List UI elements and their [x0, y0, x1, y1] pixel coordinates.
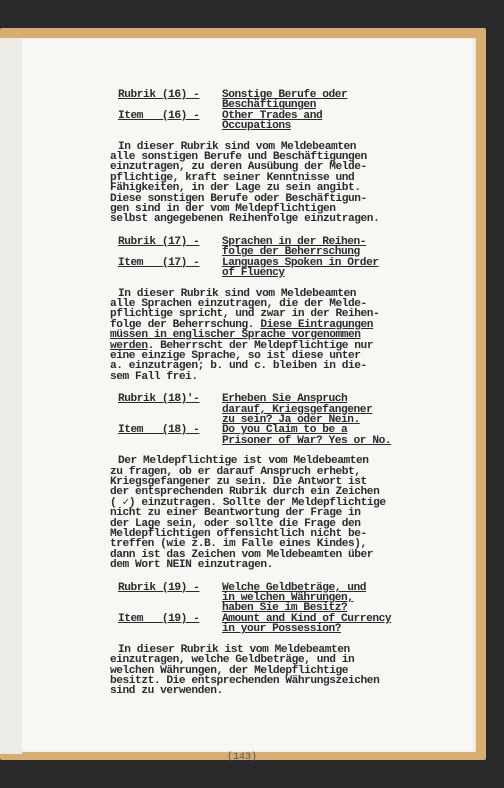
section-heading: Rubrik (19) -Welche Geldbeträge, undin w… — [118, 583, 400, 635]
rubrik-heading: Rubrik (16) -Sonstige Berufe oderBeschäf… — [118, 90, 400, 111]
rubrik-heading: Rubrik (19) -Welche Geldbeträge, undin w… — [118, 583, 400, 614]
section-rubrik-19: Rubrik (19) -Welche Geldbeträge, undin w… — [110, 583, 400, 697]
paragraph-line: dem Wort NEIN einzutragen. — [110, 560, 400, 570]
item-heading-text-line: of Fluency — [222, 268, 400, 278]
section-heading: Rubrik (18)'-Erheben Sie Anspruchdarauf,… — [118, 394, 400, 446]
document-body: Rubrik (16) -Sonstige Berufe oderBeschäf… — [110, 90, 400, 709]
paragraph-line: sind zu verwenden. — [110, 686, 400, 696]
rubrik-heading-label: Rubrik (17) - — [118, 236, 199, 248]
instruction-paragraph: In dieser Rubrik sind vom Meldebeamtenal… — [110, 289, 400, 383]
paragraph-line: selbst angegebenen Reihenfolge einzutrag… — [110, 214, 400, 224]
item-heading-label: Item (16) - — [118, 110, 199, 122]
rubrik-heading: Rubrik (17) -Sprachen in der Reihen-folg… — [118, 237, 400, 258]
paragraph-line: sem Fall frei. — [110, 372, 400, 382]
rubrik-heading-text-line: Erheben Sie Anspruch — [222, 394, 400, 404]
document-page: Rubrik (16) -Sonstige Berufe oderBeschäf… — [22, 38, 476, 752]
section-rubrik-18: Rubrik (18)'-Erheben Sie Anspruchdarauf,… — [110, 394, 400, 571]
item-heading-text-line: in your Possession? — [222, 624, 400, 634]
paragraph-line: einzutragen, welche Geldbeträge, und in — [110, 655, 400, 665]
item-heading-text-line: Prisoner of War? Yes or No. — [222, 436, 400, 446]
section-rubrik-16: Rubrik (16) -Sonstige Berufe oderBeschäf… — [110, 90, 400, 225]
paragraph-line: müssen in englischer Sprache vorgenommen — [110, 330, 400, 340]
page-number: (143) — [227, 752, 257, 763]
section-heading: Rubrik (16) -Sonstige Berufe oderBeschäf… — [118, 90, 400, 132]
instruction-paragraph: In dieser Rubrik ist vom Meldebeamtenein… — [110, 645, 400, 697]
section-rubrik-17: Rubrik (17) -Sprachen in der Reihen-folg… — [110, 237, 400, 382]
item-heading: Item (18) -Do you Claim to be aPrisoner … — [118, 425, 400, 446]
item-heading: Item (17) -Languages Spoken in Orderof F… — [118, 258, 400, 279]
item-heading-label: Item (17) - — [118, 257, 199, 269]
rubrik-heading-label: Rubrik (19) - — [118, 582, 199, 594]
facing-page-edge — [0, 38, 23, 754]
instruction-paragraph: Der Meldepflichtige ist vom Meldebeamten… — [110, 456, 400, 570]
rubrik-heading: Rubrik (18)'-Erheben Sie Anspruchdarauf,… — [118, 394, 400, 425]
instruction-paragraph: In dieser Rubrik sind vom Meldebeamtenal… — [110, 142, 400, 225]
item-heading-label: Item (19) - — [118, 613, 199, 625]
item-heading: Item (16) -Other Trades andOccupations — [118, 111, 400, 132]
section-heading: Rubrik (17) -Sprachen in der Reihen-folg… — [118, 237, 400, 279]
item-heading: Item (19) -Amount and Kind of Currencyin… — [118, 614, 400, 635]
item-heading-label: Item (18) - — [118, 424, 199, 436]
item-heading-text-line: Occupations — [222, 121, 400, 131]
rubrik-heading-label: Rubrik (18)'- — [118, 393, 199, 405]
rubrik-heading-label: Rubrik (16) - — [118, 89, 199, 101]
